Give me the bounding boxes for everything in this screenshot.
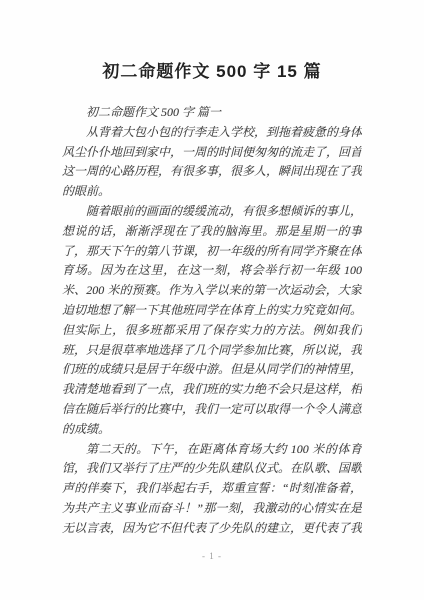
text-line: 班，只是很草率地选择了几个同学参加比赛，所以说，我: [62, 341, 362, 361]
text-line: 米、200 米的预赛。作为入学以来的第一次运动会，大家都: [62, 281, 362, 301]
essay-heading: 初二命题作文 500 字 篇一: [62, 103, 362, 123]
text-line: 们班的成绩只是居于年级中游。但是从同学们的神情里，: [62, 360, 362, 380]
text-line: 的成绩。: [62, 420, 362, 440]
text-line: 迫切地想了解一下其他班同学在体育上的实力究竟如何。: [62, 301, 362, 321]
text-line: 声的伴奏下，我们举起右手，郑重宣誓：“时刻准备着，: [62, 479, 362, 499]
essay-body: 初二命题作文 500 字 篇一 从背着大包小包的行李走入学校，到拖着疲惫的身体风…: [62, 103, 362, 539]
text-line: 从背着大包小包的行李走入学校，到拖着疲惫的身体: [62, 123, 362, 143]
text-line: 馆，我们又举行了庄严的少先队建队仪式。在队歌、国歌: [62, 459, 362, 479]
text-line: 随着眼前的画面的缓缓流动，有很多想倾诉的事儿，: [62, 202, 362, 222]
document-title: 初二命题作文 500 字 15 篇: [0, 57, 424, 82]
text-line: 我清楚地看到了一点，我们班的实力绝不会只是这样，相: [62, 380, 362, 400]
text-line: 为共产主义事业而奋斗！”那一刻，我激动的心情实在是: [62, 499, 362, 519]
text-line: 信在随后举行的比赛中，我们一定可以取得一个令人满意: [62, 400, 362, 420]
text-line: 了，那天下午的第八节课，初一年级的所有同学齐聚在体: [62, 242, 362, 262]
text-line: 这一周的心路历程，有很多事，很多人，瞬间出现在了我: [62, 162, 362, 182]
text-line: 风尘仆仆地回到家中，一周的时间便匆匆的流走了，回首: [62, 143, 362, 163]
text-line: 育场。因为在这里，在这一刻，将会举行初一年级 100: [62, 261, 362, 281]
document-page: 初二命题作文 500 字 15 篇 初二命题作文 500 字 篇一 从背着大包小…: [0, 0, 424, 600]
text-line: 无以言表，因为它不但代表了少先队的建立，更代表了我: [62, 519, 362, 539]
text-line: 第二天的。下午，在距离体育场大约 100 米的体育: [62, 440, 362, 460]
text-line: 想说的话，渐渐浮现在了我的脑海里。那是星期一的事: [62, 222, 362, 242]
page-number: - 1 -: [0, 551, 424, 561]
text-line: 的眼前。: [62, 182, 362, 202]
text-line: 但实际上，很多班都采用了保存实力的方法。例如我们: [62, 321, 362, 341]
